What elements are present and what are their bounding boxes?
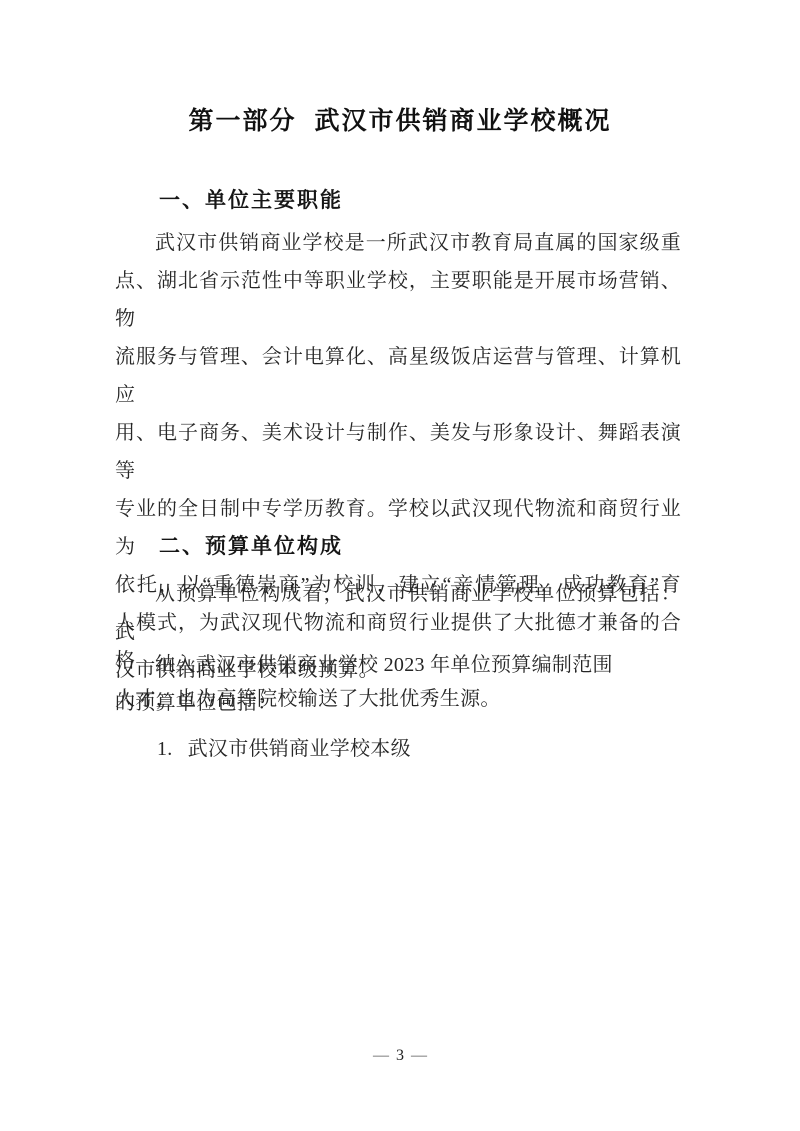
document-page: 第一部分武汉市供销商业学校概况 一、单位主要职能 武汉市供销商业学校是一所武汉市… <box>0 0 800 1131</box>
list-item-budget-unit-1: 1.武汉市供销商业学校本级 <box>115 730 681 768</box>
section-heading-budget-unit-composition: 二、预算单位构成 <box>117 534 725 560</box>
page-title-part-number: 第一部分 <box>188 107 296 135</box>
text-line: 纳入武汉市供销商业学校 2023 年单位预算编制范围 <box>115 646 681 684</box>
text-line: 从预算单位构成看，武汉市供销商业学校单位预算包括：武 <box>115 575 681 651</box>
footer-dash-left: — <box>366 1047 396 1064</box>
page-title: 第一部分武汉市供销商业学校概况 <box>0 106 800 137</box>
text-line: 流服务与管理、会计电算化、高星级饭店运营与管理、计算机应 <box>115 338 681 414</box>
section-heading-main-functions: 一、单位主要职能 <box>117 188 725 214</box>
list-item-number: 1. <box>157 730 173 768</box>
list-item-text: 武汉市供销商业学校本级 <box>188 738 411 760</box>
text-line: 点、湖北省示范性中等职业学校，主要职能是开展市场营销、物 <box>115 262 681 338</box>
paragraph-budget-scope: 纳入武汉市供销商业学校 2023 年单位预算编制范围的预算单位包括： <box>115 646 681 722</box>
page-number: 3 <box>396 1047 404 1064</box>
text-line: 的预算单位包括： <box>115 684 681 722</box>
footer-dash-right: — <box>404 1047 434 1064</box>
page-title-part-text: 武汉市供销商业学校概况 <box>315 107 612 135</box>
text-line: 用、电子商务、美术设计与制作、美发与形象设计、舞蹈表演等 <box>115 414 681 490</box>
page-footer: —3— <box>0 1046 800 1066</box>
text-line: 武汉市供销商业学校是一所武汉市教育局直属的国家级重 <box>115 224 681 262</box>
